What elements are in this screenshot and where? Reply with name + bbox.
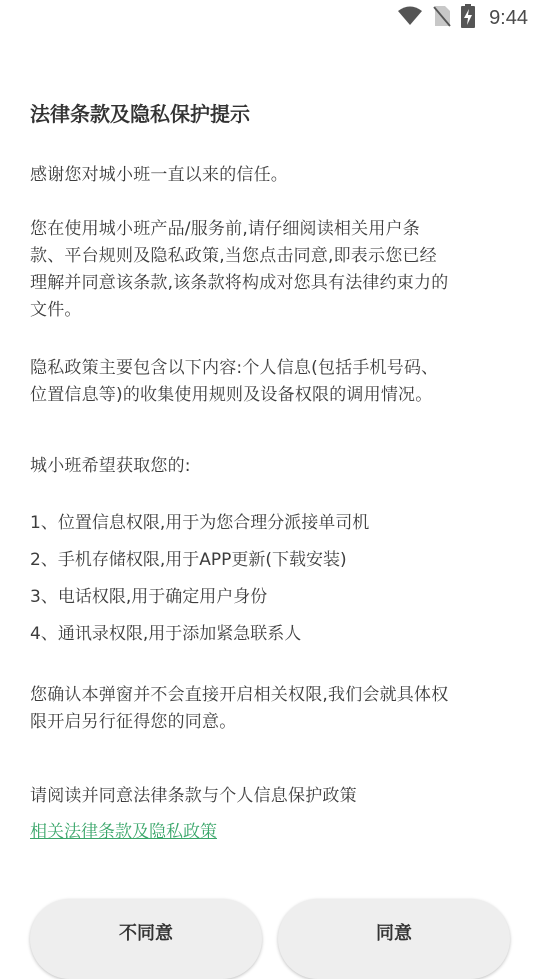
agree-button[interactable]: 同意 bbox=[278, 899, 510, 960]
permission-item: 4、通讯录权限,用于添加紧急联系人 bbox=[30, 621, 515, 648]
no-sim-icon bbox=[433, 5, 451, 31]
intro-paragraph: 您在使用城小班产品/服务前,请仔细阅读相关用户条 款、平台规则及隐私政策,当您点… bbox=[30, 216, 515, 324]
wifi-icon bbox=[397, 6, 423, 30]
read-prompt: 请阅读并同意法律条款与个人信息保护政策 bbox=[30, 783, 515, 810]
privacy-paragraph: 隐私政策主要包含以下内容:个人信息(包括手机号码、 位置信息等)的收集使用规则及… bbox=[30, 355, 515, 409]
disagree-label: 不同意 bbox=[119, 919, 173, 960]
intro-line: 您在使用城小班产品/服务前,请仔细阅读相关用户条 bbox=[30, 216, 515, 243]
privacy-dialog: 法律条款及隐私保护提示 感谢您对城小班一直以来的信任。 您在使用城小班产品/服务… bbox=[30, 100, 515, 846]
privacy-line: 隐私政策主要包含以下内容:个人信息(包括手机号码、 bbox=[30, 355, 515, 382]
confirm-line: 您确认本弹窗并不会直接开启相关权限,我们会就具体权 bbox=[30, 682, 515, 709]
permissions-heading: 城小班希望获取您的: bbox=[30, 453, 515, 480]
intro-line: 文件。 bbox=[30, 297, 515, 324]
permissions-list: 1、位置信息权限,用于为您合理分派接单司机 2、手机存储权限,用于APP更新(下… bbox=[30, 510, 515, 648]
permission-item: 2、手机存储权限,用于APP更新(下载安装) bbox=[30, 547, 515, 574]
policy-link[interactable]: 相关法律条款及隐私政策 bbox=[30, 819, 515, 846]
permission-item: 3、电话权限,用于确定用户身份 bbox=[30, 584, 515, 611]
disagree-button[interactable]: 不同意 bbox=[30, 899, 262, 960]
permission-item: 1、位置信息权限,用于为您合理分派接单司机 bbox=[30, 510, 515, 537]
privacy-line: 位置信息等)的收集使用规则及设备权限的调用情况。 bbox=[30, 382, 515, 409]
status-time: 9:44 bbox=[489, 7, 528, 30]
status-bar: 9:44 bbox=[0, 0, 540, 36]
thanks-text: 感谢您对城小班一直以来的信任。 bbox=[30, 162, 515, 189]
intro-line: 理解并同意该条款,该条款将构成对您具有法律约束力的 bbox=[30, 270, 515, 297]
intro-line: 款、平台规则及隐私政策,当您点击同意,即表示您已经 bbox=[30, 243, 515, 270]
agree-label: 同意 bbox=[376, 919, 412, 960]
battery-charging-icon bbox=[461, 4, 475, 32]
dialog-title: 法律条款及隐私保护提示 bbox=[30, 100, 515, 128]
confirm-paragraph: 您确认本弹窗并不会直接开启相关权限,我们会就具体权 限开启另行征得您的同意。 bbox=[30, 682, 515, 736]
confirm-line: 限开启另行征得您的同意。 bbox=[30, 709, 515, 736]
